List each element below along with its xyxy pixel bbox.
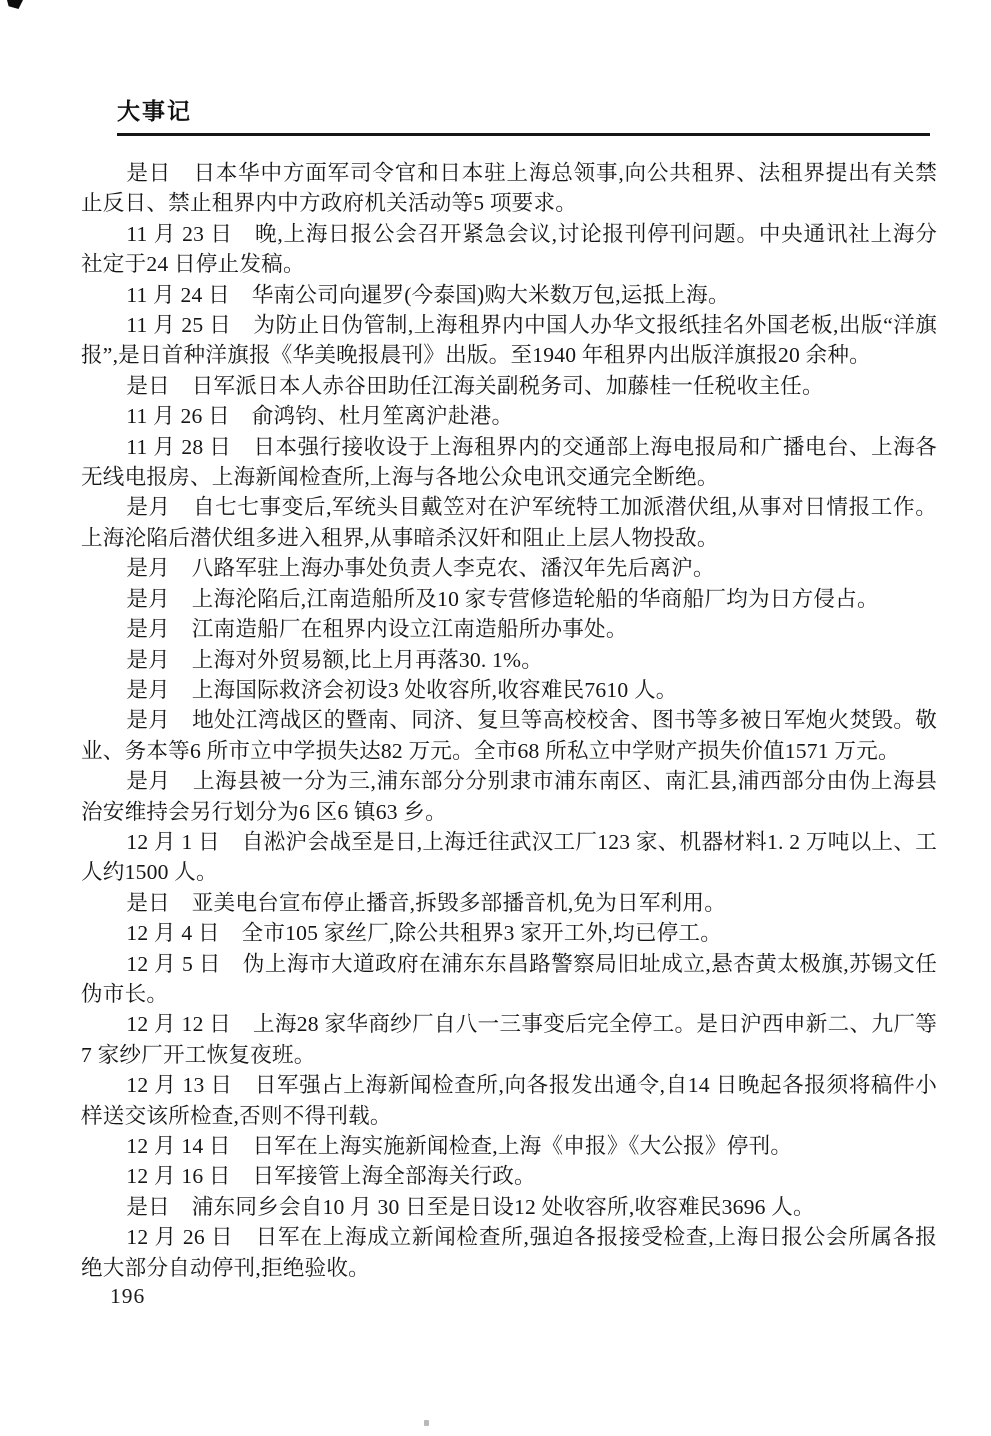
chronicle-paragraph: 12 月 1 日 自淞沪会战至是日,上海迁往武汉工厂123 家、机器材料1. 2… (81, 827, 937, 888)
page-number: 196 (110, 1284, 145, 1309)
chronicle-paragraph: 是月 上海沦陷后,江南造船所及10 家专营修造轮船的华商船厂均为日方侵占。 (81, 584, 937, 614)
chronicle-paragraph: 12 月 5 日 伪上海市大道政府在浦东东昌路警察局旧址成立,悬杏黄太极旗,苏锡… (81, 949, 937, 1010)
chronicle-paragraph: 11 月 28 日 日本强行接收设于上海租界内的交通部上海电报局和广播电台、上海… (81, 432, 937, 493)
scan-corner-artifact (7, 0, 23, 9)
chronicle-paragraph: 是日 日军派日本人赤谷田助任江海关副税务司、加藤桂一任税收主任。 (81, 371, 937, 401)
chronicle-paragraph: 11 月 25 日 为防止日伪管制,上海租界内中国人办华文报纸挂名外国老板,出版… (81, 310, 937, 371)
book-page: 大事记 是日 日本华中方面军司令官和日本驻上海总领事,向公共租界、法租界提出有关… (0, 0, 991, 1436)
chronicle-paragraph: 12 月 16 日 日军接管上海全部海关行政。 (81, 1161, 937, 1191)
chronicle-paragraph: 是月 八路军驻上海办事处负责人李克农、潘汉年先后离沪。 (81, 553, 937, 583)
scan-speck-artifact (424, 1420, 429, 1426)
chronicle-paragraph: 是月 自七七事变后,军统头目戴笠对在沪军统特工加派潜伏组,从事对日情报工作。上海… (81, 492, 937, 553)
page-header: 大事记 (117, 101, 930, 136)
header-rule (117, 133, 930, 136)
chronicle-paragraph: 12 月 12 日 上海28 家华商纱厂自八一三事变后完全停工。是日沪西申新二、… (81, 1009, 937, 1070)
chronicle-paragraph: 11 月 24 日 华南公司向暹罗(今泰国)购大米数万包,运抵上海。 (81, 280, 937, 310)
page-title: 大事记 (117, 101, 192, 124)
chronicle-paragraph: 12 月 14 日 日军在上海实施新闻检查,上海《申报》《大公报》停刊。 (81, 1131, 937, 1161)
chronicle-paragraph: 是月 江南造船厂在租界内设立江南造船所办事处。 (81, 614, 937, 644)
chronicle-paragraph: 12 月 13 日 日军强占上海新闻检查所,向各报发出通令,自14 日晚起各报须… (81, 1070, 937, 1131)
chronicle-paragraph: 是月 地处江湾战区的暨南、同济、复旦等高校校舍、图书等多被日军炮火焚毁。敬业、务… (81, 705, 937, 766)
chronicle-paragraph: 11 月 23 日 晚,上海日报公会召开紧急会议,讨论报刊停刊问题。中央通讯社上… (81, 219, 937, 280)
chronicle-text: 是日 日本华中方面军司令官和日本驻上海总领事,向公共租界、法租界提出有关禁止反日… (81, 158, 937, 1283)
chronicle-paragraph: 是日 日本华中方面军司令官和日本驻上海总领事,向公共租界、法租界提出有关禁止反日… (81, 158, 937, 219)
chronicle-paragraph: 是日 浦东同乡会自10 月 30 日至是日设12 处收容所,收容难民3696 人… (81, 1192, 937, 1222)
chronicle-paragraph: 是月 上海国际救济会初设3 处收容所,收容难民7610 人。 (81, 675, 937, 705)
chronicle-paragraph: 是月 上海对外贸易额,比上月再落30. 1%。 (81, 645, 937, 675)
chronicle-paragraph: 是月 上海县被一分为三,浦东部分分别隶市浦东南区、南汇县,浦西部分由伪上海县治安… (81, 766, 937, 827)
chronicle-paragraph: 12 月 4 日 全市105 家丝厂,除公共租界3 家开工外,均已停工。 (81, 918, 937, 948)
chronicle-paragraph: 是日 亚美电台宣布停止播音,拆毁多部播音机,免为日军利用。 (81, 888, 937, 918)
chronicle-paragraph: 12 月 26 日 日军在上海成立新闻检查所,强迫各报接受检查,上海日报公会所属… (81, 1222, 937, 1283)
chronicle-paragraph: 11 月 26 日 俞鸿钧、杜月笙离沪赴港。 (81, 401, 937, 431)
